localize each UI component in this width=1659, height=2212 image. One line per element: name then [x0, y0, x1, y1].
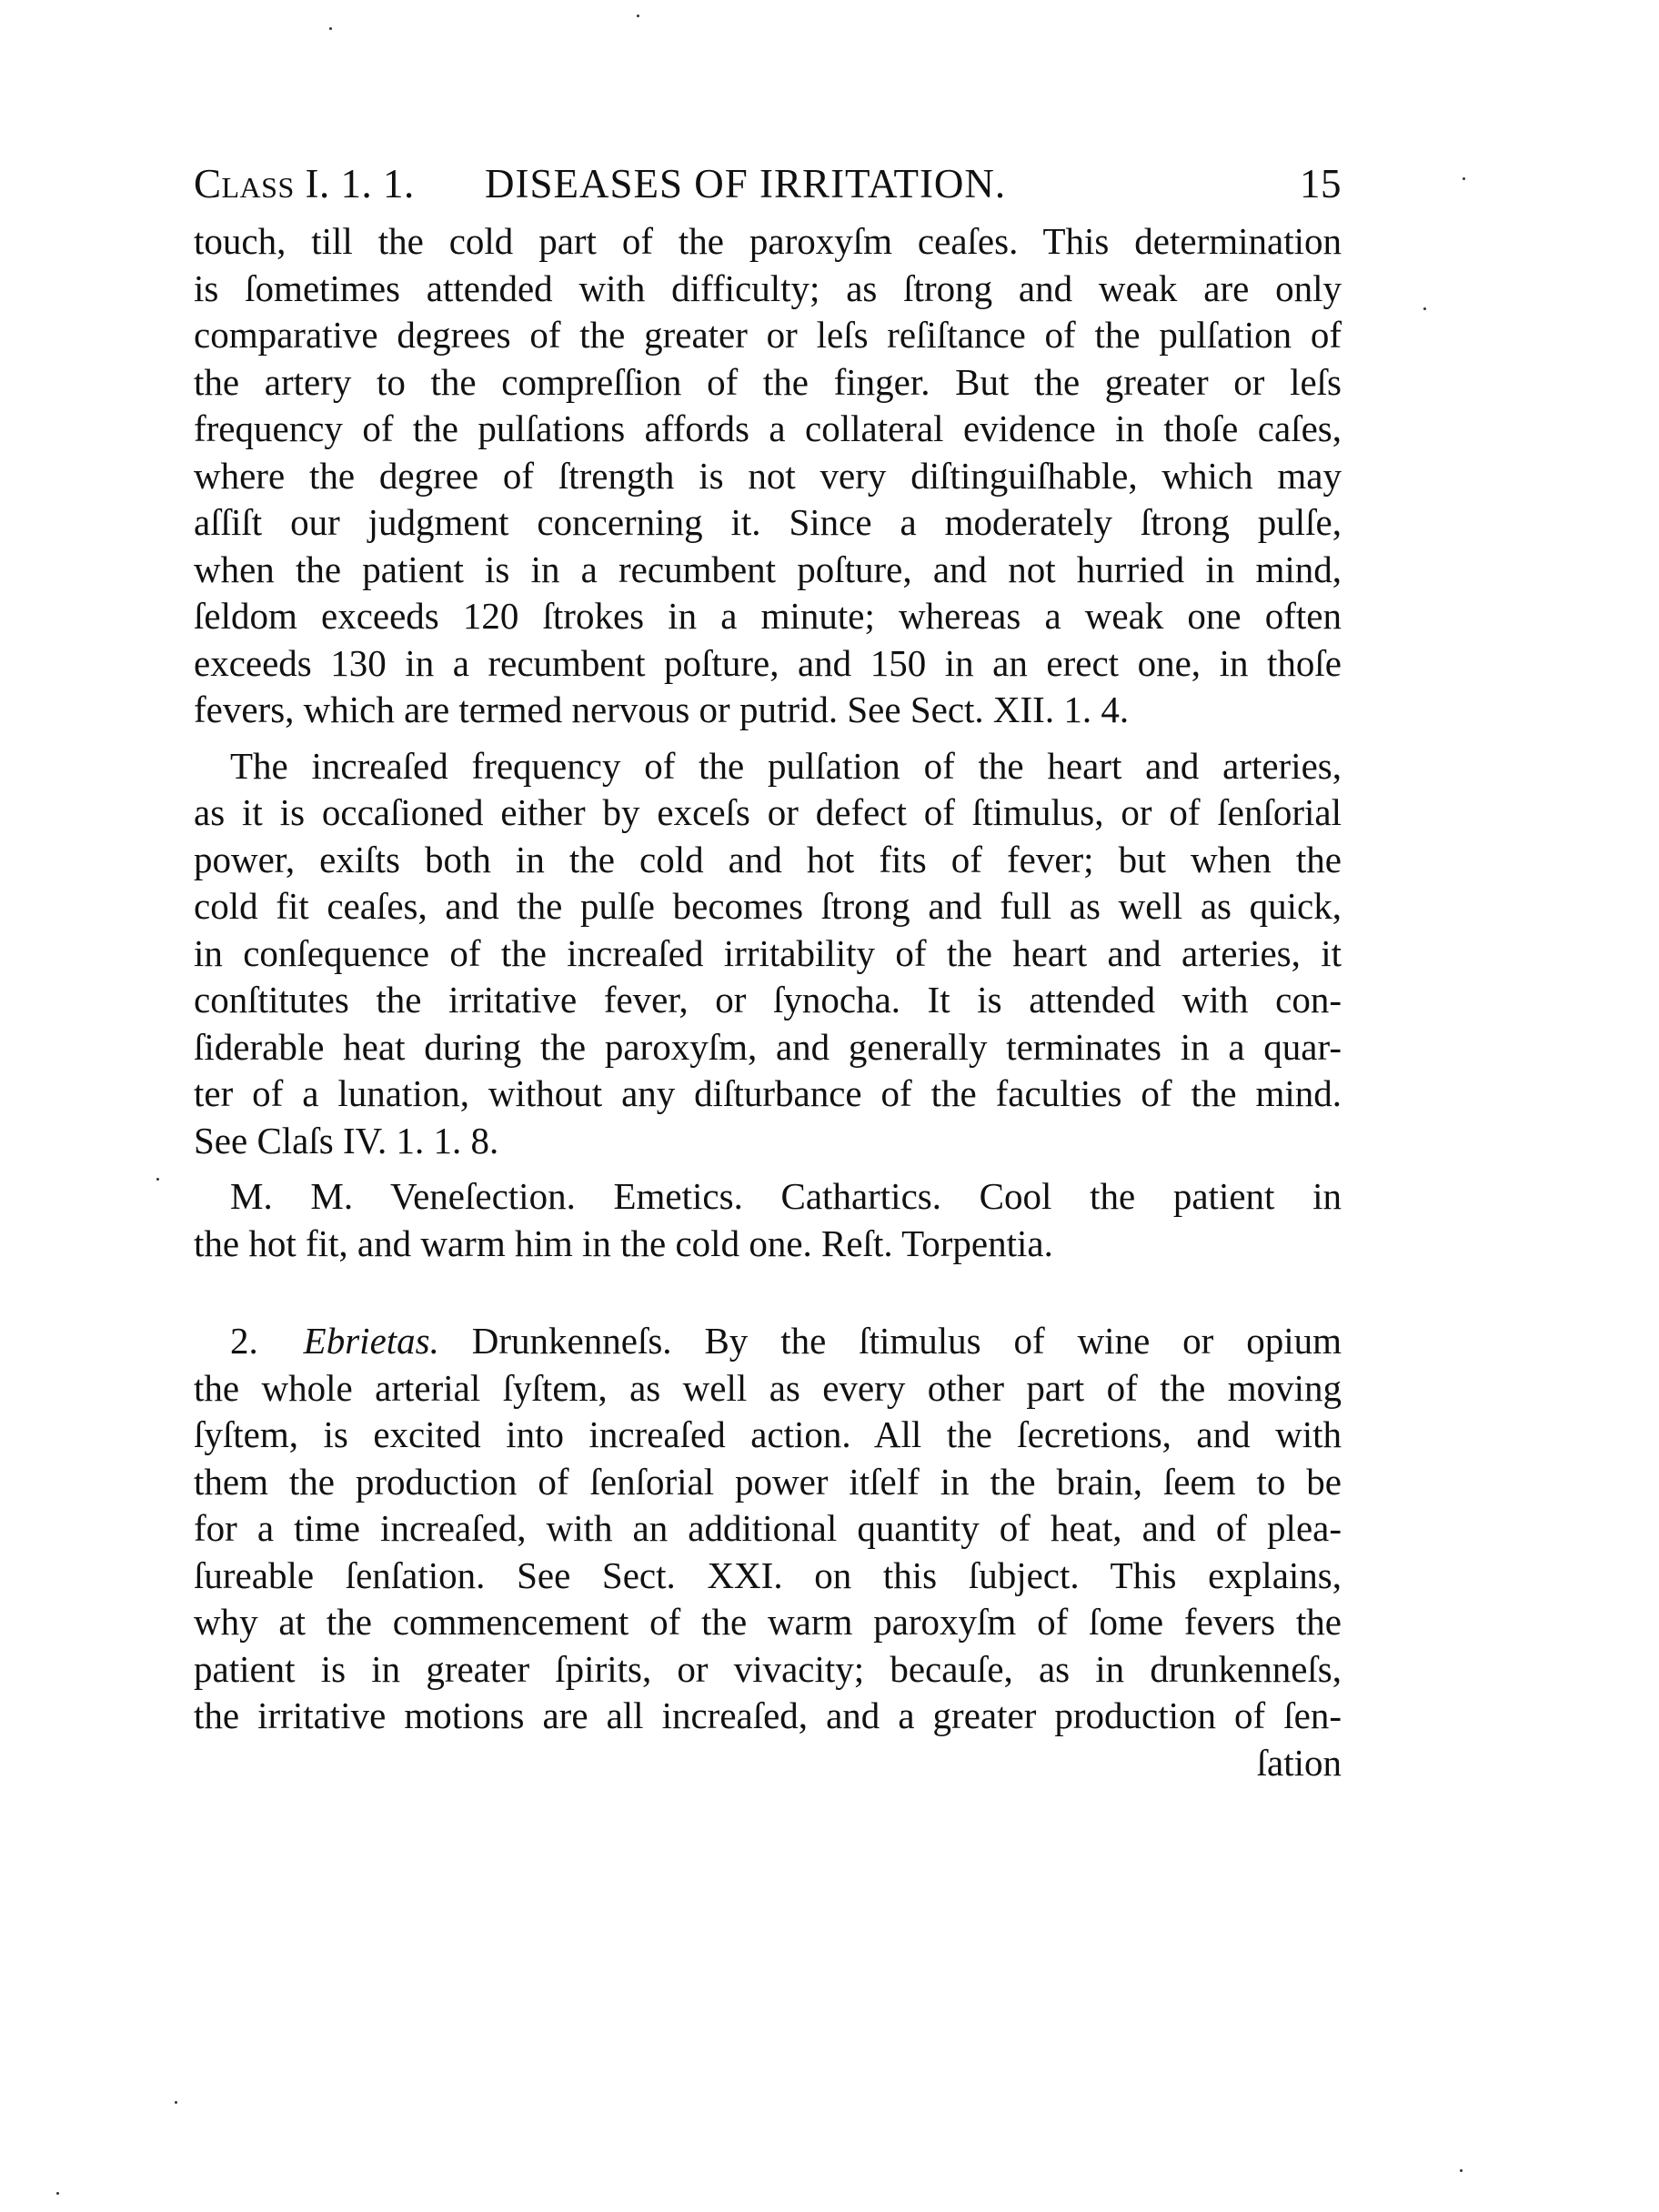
- text-line: as it is occaſioned either by exceſs or …: [194, 789, 1342, 837]
- text-line: ter of a lunation, without any diſturban…: [194, 1071, 1342, 1118]
- scan-speck: [329, 27, 332, 30]
- scan-speck: [1463, 177, 1465, 180]
- text-line: why at the commencement of the warm paro…: [194, 1599, 1342, 1646]
- scan-speck: [175, 2101, 177, 2104]
- page-number: 15: [1300, 155, 1342, 213]
- scan-speck: [156, 1178, 159, 1181]
- scan-speck: [1423, 307, 1426, 310]
- text-line: frequency of the pulſations affords a co…: [194, 406, 1342, 453]
- scan-speck: [1460, 2169, 1463, 2172]
- text-line: in conſequence of the increaſed irritabi…: [194, 930, 1342, 978]
- text-line: is ſometimes attended with difficulty; a…: [194, 266, 1342, 313]
- text-line: ſiderable heat during the paroxyſm, and …: [194, 1024, 1342, 1071]
- text-line: the irritative motions are all increaſed…: [194, 1693, 1342, 1740]
- text-fragment: Drunkenneſs. By the ſtimulus of wine or …: [472, 1320, 1342, 1362]
- running-head-class-label: Class I. 1. 1.: [194, 155, 415, 213]
- scan-speck: [56, 2192, 59, 2195]
- text-line: when the patient is in a recumbent poſtu…: [194, 547, 1342, 594]
- scan-speck: [914, 1342, 917, 1344]
- text-line: See Claſs IV. 1. 1. 8.: [194, 1118, 1342, 1165]
- running-head: Class I. 1. 1. DISEASES OF IRRITATION. 1…: [194, 155, 1342, 213]
- text-line: M. M. Veneſection. Emetics. Cathartics. …: [194, 1173, 1342, 1221]
- text-line: power, exiſts both in the cold and hot f…: [194, 837, 1342, 884]
- paragraph-ebrietas: 2. Ebrietas. Drunkenneſs. By the ſtimulu…: [194, 1318, 1342, 1786]
- running-head-title: DISEASES OF IRRITATION.: [485, 155, 1006, 213]
- text-line: ſeldom exceeds 120 ſtrokes in a minute; …: [194, 593, 1342, 640]
- catchword: ſation: [194, 1740, 1342, 1787]
- text-line: comparative degrees of the greater or le…: [194, 312, 1342, 359]
- text-line: The increaſed frequency of the pulſation…: [194, 743, 1342, 790]
- paragraph-irritative-fever: The increaſed frequency of the pulſation…: [194, 743, 1342, 1165]
- text-line: the artery to the compreſſion of the fin…: [194, 359, 1342, 407]
- paragraph-method-of-medicine: M. M. Veneſection. Emetics. Cathartics. …: [194, 1173, 1342, 1267]
- text-line: touch, till the cold part of the paroxyſ…: [194, 218, 1342, 266]
- text-line: ſyſtem, is excited into increaſed action…: [194, 1412, 1342, 1459]
- text-line: patient is in greater ſpirits, or vivaci…: [194, 1646, 1342, 1694]
- text-line: exceeds 130 in a recumbent poſture, and …: [194, 640, 1342, 688]
- book-page: Class I. 1. 1. DISEASES OF IRRITATION. 1…: [0, 0, 1659, 2212]
- text-line: cold fit ceaſes, and the pulſe becomes ſ…: [194, 883, 1342, 930]
- body-text: touch, till the cold part of the paroxyſ…: [194, 218, 1342, 1786]
- text-line: for a time increaſed, with an additional…: [194, 1505, 1342, 1553]
- section-term: Ebrietas.: [304, 1320, 439, 1362]
- text-line: fevers, which are termed nervous or putr…: [194, 687, 1342, 734]
- text-line: the whole arterial ſyſtem, as well as ev…: [194, 1365, 1342, 1413]
- text-line: conſtitutes the irritative fever, or ſyn…: [194, 977, 1342, 1024]
- text-line: ſureable ſenſation. See Sect. XXI. on th…: [194, 1553, 1342, 1600]
- text-line-lead: 2. Ebrietas. Drunkenneſs. By the ſtimulu…: [194, 1318, 1342, 1365]
- paragraph-pulse-frequency: touch, till the cold part of the paroxyſ…: [194, 218, 1342, 734]
- text-line: them the production of ſenſorial power i…: [194, 1459, 1342, 1506]
- text-line: where the degree of ſtrength is not very…: [194, 453, 1342, 500]
- scan-speck: [637, 15, 639, 17]
- section-number: 2.: [230, 1320, 258, 1362]
- text-line: aſſiſt our judgment concerning it. Since…: [194, 499, 1342, 547]
- text-line: the hot fit, and warm him in the cold on…: [194, 1221, 1342, 1268]
